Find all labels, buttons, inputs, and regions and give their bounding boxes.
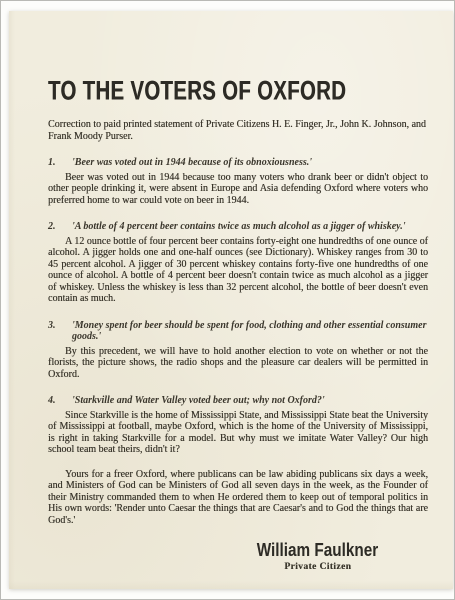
claim-item-1: 1. 'Beer was voted out in 1944 because o… [48,157,428,206]
claim-response: By this precedent, we will have to hold … [48,346,428,381]
closing-paragraph: Yours for a freer Oxford, where publican… [48,469,428,527]
claim-response: Since Starkville is the home of Mississi… [48,410,428,456]
claim-heading: 3. 'Money spent for beer should be spent… [48,320,428,343]
claim-number: 3. [48,320,72,343]
signature-name: William Faulkner [238,540,398,561]
claim-item-2: 2. 'A bottle of 4 percent beer contains … [48,221,428,305]
signature-block: William Faulkner Private Citizen [238,540,398,572]
correction-note: Correction to paid printed statement of … [48,119,428,142]
claim-number: 4. [48,395,72,407]
claim-heading: 1. 'Beer was voted out in 1944 because o… [48,157,428,169]
claim-number: 1. [48,157,72,169]
claim-heading: 2. 'A bottle of 4 percent beer contains … [48,221,428,233]
claim-quote: 'Starkville and Water Valley voted beer … [72,395,428,407]
page-title: TO THE VOTERS OF OXFORD [48,75,428,106]
document-scan: TO THE VOTERS OF OXFORD Correction to pa… [0,0,455,600]
claim-heading: 4. 'Starkville and Water Valley voted be… [48,395,428,407]
document-content: TO THE VOTERS OF OXFORD Correction to pa… [48,11,428,572]
claim-quote: 'Money spent for beer should be spent fo… [72,320,428,343]
claim-item-4: 4. 'Starkville and Water Valley voted be… [48,395,428,456]
claim-response: Beer was voted out in 1944 because too m… [48,172,428,207]
claim-response: A 12 ounce bottle of four percent beer c… [48,236,428,305]
page-title-text: TO THE VOTERS OF OXFORD [48,74,346,106]
claim-number: 2. [48,221,72,233]
claim-quote: 'A bottle of 4 percent beer contains twi… [72,221,428,233]
claim-item-3: 3. 'Money spent for beer should be spent… [48,320,428,381]
signature-title: Private Citizen [238,562,398,572]
signature-name-text: William Faulkner [257,540,378,561]
claim-quote: 'Beer was voted out in 1944 because of i… [72,157,428,169]
broadside-paper: TO THE VOTERS OF OXFORD Correction to pa… [9,11,453,589]
